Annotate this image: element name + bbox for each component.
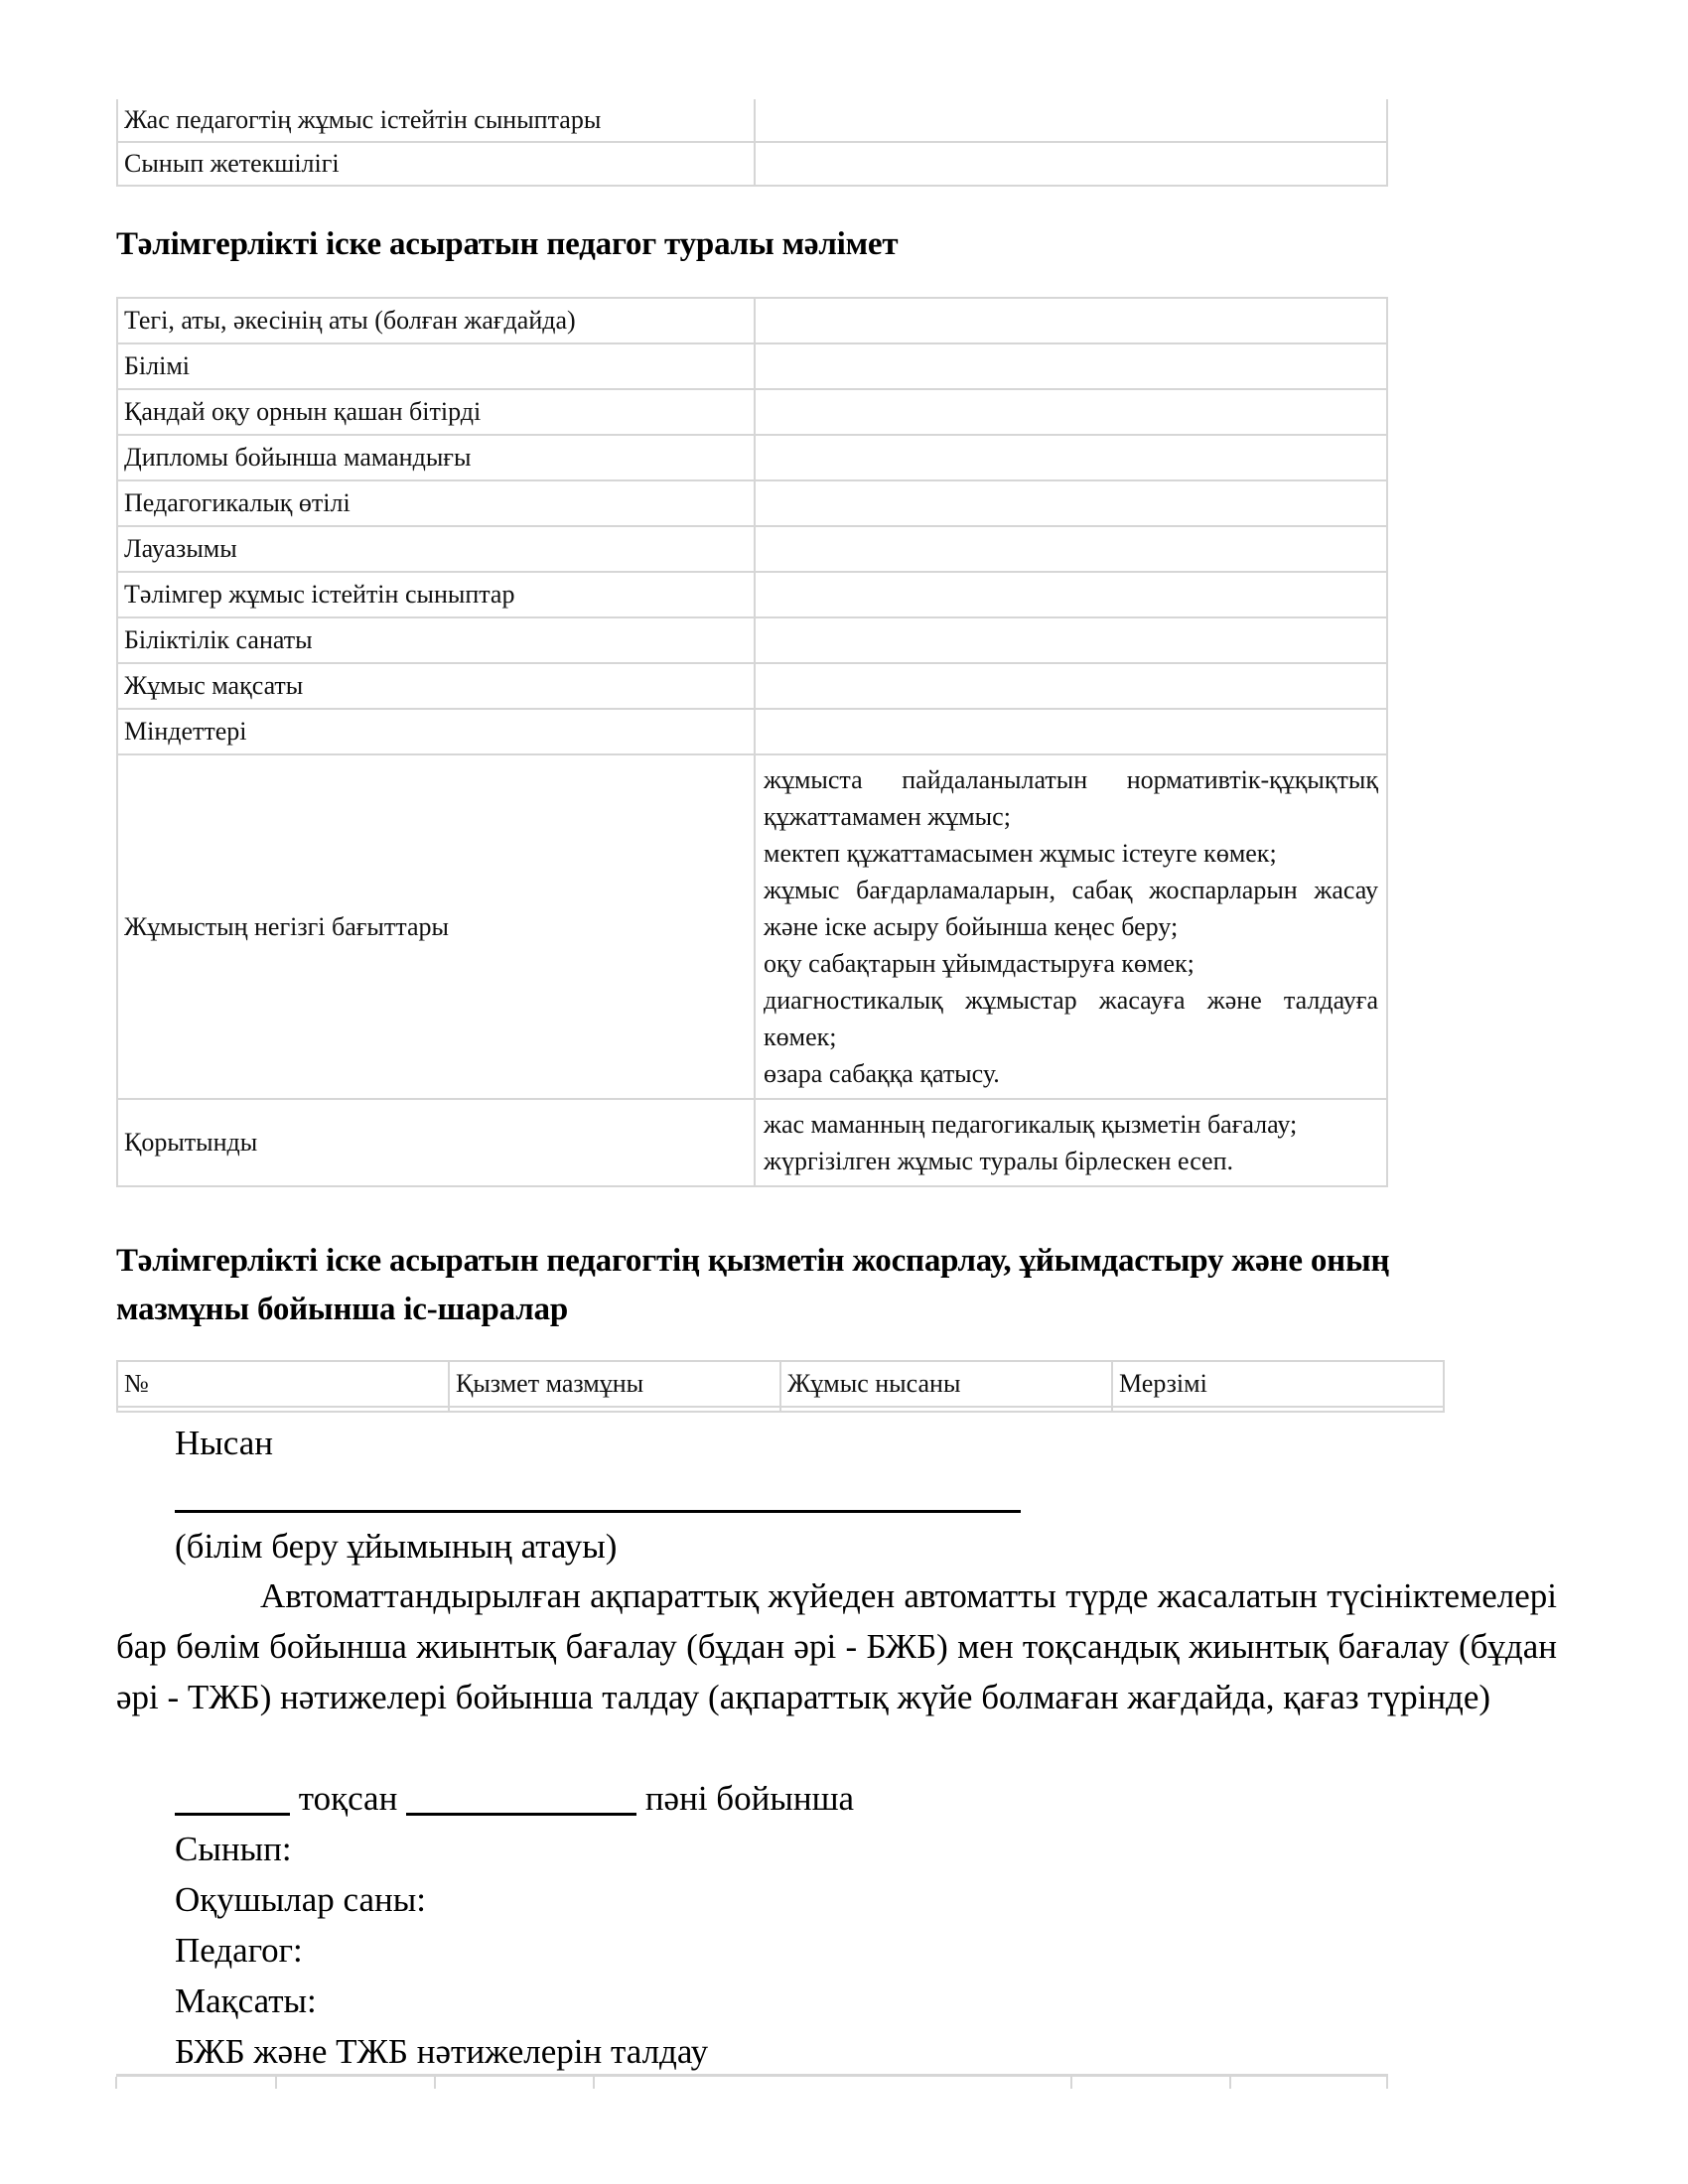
form-title: Нысан xyxy=(175,1418,273,1468)
row-label: Лауазымы xyxy=(117,526,755,572)
field-teacher-label: Педагог: xyxy=(175,1925,303,1976)
table-row: Міндеттері xyxy=(117,709,1387,754)
empty-cell[interactable] xyxy=(449,1407,780,1412)
field-class-label: Сынып: xyxy=(175,1824,292,1874)
table-row: Жас педагогтің жұмыс істейтін сыныптары xyxy=(117,99,1387,142)
row-value-cell[interactable] xyxy=(755,142,1387,186)
quarter-subject-line: тоқсан пәні бойынша xyxy=(175,1773,854,1824)
row-value-cell[interactable] xyxy=(755,663,1387,709)
row-label: Дипломы бойынша мамандығы xyxy=(117,435,755,480)
field-goal-label: Мақсаты: xyxy=(175,1976,317,2026)
field-students-label: Оқушылар саны: xyxy=(175,1874,426,1925)
row-value-cell[interactable] xyxy=(755,480,1387,526)
row-label: Педагогикалық өтілі xyxy=(117,480,755,526)
list-item: мектеп құжаттамасымен жұмыс істеуге көме… xyxy=(764,835,1378,872)
row-value-cell[interactable] xyxy=(755,526,1387,572)
row-label: Қорытынды xyxy=(117,1099,755,1186)
empty-cell[interactable] xyxy=(780,1407,1112,1412)
list-item: диагностикалық жұмыстар жасауға және тал… xyxy=(764,982,1378,1055)
row-value-cell[interactable] xyxy=(755,435,1387,480)
analysis-title: БЖБ және ТЖБ нәтижелерін талдау xyxy=(175,2026,708,2077)
table-column-divider xyxy=(1070,2077,1072,2089)
row-label: Біліктілік санаты xyxy=(117,617,755,663)
row-label: Жұмыстың негізгі бағыттары xyxy=(117,754,755,1099)
list-item: жұмыста пайдаланылатын нормативтік-құқық… xyxy=(764,761,1378,835)
table-column-divider xyxy=(115,2077,117,2089)
table-row: Педагогикалық өтілі xyxy=(117,480,1387,526)
list-item: жүргізілген жұмыс туралы бірлескен есеп. xyxy=(764,1143,1378,1179)
table-row: Лауазымы xyxy=(117,526,1387,572)
row-value-cell[interactable] xyxy=(755,572,1387,617)
row-value-cell[interactable] xyxy=(755,343,1387,389)
row-label: Сынып жетекшілігі xyxy=(117,142,755,186)
row-label: Жұмыс мақсаты xyxy=(117,663,755,709)
row-label: Тегі, аты, әкесінің аты (болған жағдайда… xyxy=(117,298,755,343)
row-label: Жас педагогтің жұмыс істейтін сыныптары xyxy=(117,99,755,142)
table-column-divider xyxy=(434,2077,436,2089)
org-name-blank-line[interactable] xyxy=(175,1510,1021,1513)
subject-suffix: пәні бойынша xyxy=(645,1779,854,1818)
table-row: Сынып жетекшілігі xyxy=(117,142,1387,186)
list-item: жас маманның педагогикалық қызметін баға… xyxy=(764,1106,1378,1143)
row-value-cell[interactable] xyxy=(755,389,1387,435)
analysis-table-top-edge xyxy=(116,2074,1388,2089)
table-row: Тегі, аты, әкесінің аты (болған жағдайда… xyxy=(117,298,1387,343)
list-item: оқу сабақтарын ұйымдастыруға көмек; xyxy=(764,945,1378,982)
directions-list: жұмыста пайдаланылатын нормативтік-құқық… xyxy=(755,754,1387,1099)
column-header-deadline: Мерзімі xyxy=(1112,1361,1444,1407)
table-row: Қандай оқу орнын қашан бітірді xyxy=(117,389,1387,435)
table-row: Білімі xyxy=(117,343,1387,389)
row-value-cell[interactable] xyxy=(755,298,1387,343)
table-row: Дипломы бойынша мамандығы xyxy=(117,435,1387,480)
table-row: Тәлімгер жұмыс істейтін сыныптар xyxy=(117,572,1387,617)
column-header-content: Қызмет мазмұны xyxy=(449,1361,780,1407)
section-heading-plan: Тәлімгерлікті іске асыратын педагогтің қ… xyxy=(116,1237,1447,1334)
empty-cell[interactable] xyxy=(1112,1407,1444,1412)
table-row-directions: Жұмыстың негізгі бағыттары жұмыста пайда… xyxy=(117,754,1387,1099)
table-row xyxy=(117,1407,1444,1412)
row-label: Тәлімгер жұмыс істейтін сыныптар xyxy=(117,572,755,617)
row-value-cell[interactable] xyxy=(755,99,1387,142)
row-value-cell[interactable] xyxy=(755,617,1387,663)
org-name-caption: (білім беру ұйымының атауы) xyxy=(175,1521,617,1571)
table-row: Жұмыс мақсаты xyxy=(117,663,1387,709)
table-column-divider xyxy=(275,2077,277,2089)
subject-blank[interactable] xyxy=(406,1783,636,1816)
table-row: Біліктілік санаты xyxy=(117,617,1387,663)
conclusion-list: жас маманның педагогикалық қызметін баға… xyxy=(755,1099,1387,1186)
list-item: өзара сабаққа қатысу. xyxy=(764,1055,1378,1092)
column-header-form: Жұмыс нысаны xyxy=(780,1361,1112,1407)
table-column-divider xyxy=(1229,2077,1231,2089)
section-heading-mentor-info: Тәлімгерлікті іске асыратын педагог тура… xyxy=(116,220,898,269)
mentor-info-table: Тегі, аты, әкесінің аты (болған жағдайда… xyxy=(116,297,1388,1187)
list-item: жұмыс бағдарламаларын, сабақ жоспарларын… xyxy=(764,872,1378,945)
table-column-divider xyxy=(593,2077,595,2089)
table-column-divider xyxy=(1386,2077,1388,2089)
young-teacher-table-continued: Жас педагогтің жұмыс істейтін сыныптары … xyxy=(116,99,1388,187)
analysis-description-paragraph: Автоматтандырылған ақпараттық жүйеден ав… xyxy=(116,1570,1557,1722)
row-value-cell[interactable] xyxy=(755,709,1387,754)
column-header-number: № xyxy=(117,1361,449,1407)
empty-cell[interactable] xyxy=(117,1407,449,1412)
quarter-blank[interactable] xyxy=(175,1783,290,1816)
table-header-row: № Қызмет мазмұны Жұмыс нысаны Мерзімі xyxy=(117,1361,1444,1407)
row-label: Білімі xyxy=(117,343,755,389)
quarter-word: тоқсан xyxy=(299,1779,398,1818)
row-label: Қандай оқу орнын қашан бітірді xyxy=(117,389,755,435)
table-row-conclusion: Қорытынды жас маманның педагогикалық қыз… xyxy=(117,1099,1387,1186)
plan-table: № Қызмет мазмұны Жұмыс нысаны Мерзімі xyxy=(116,1360,1445,1413)
row-label: Міндеттері xyxy=(117,709,755,754)
